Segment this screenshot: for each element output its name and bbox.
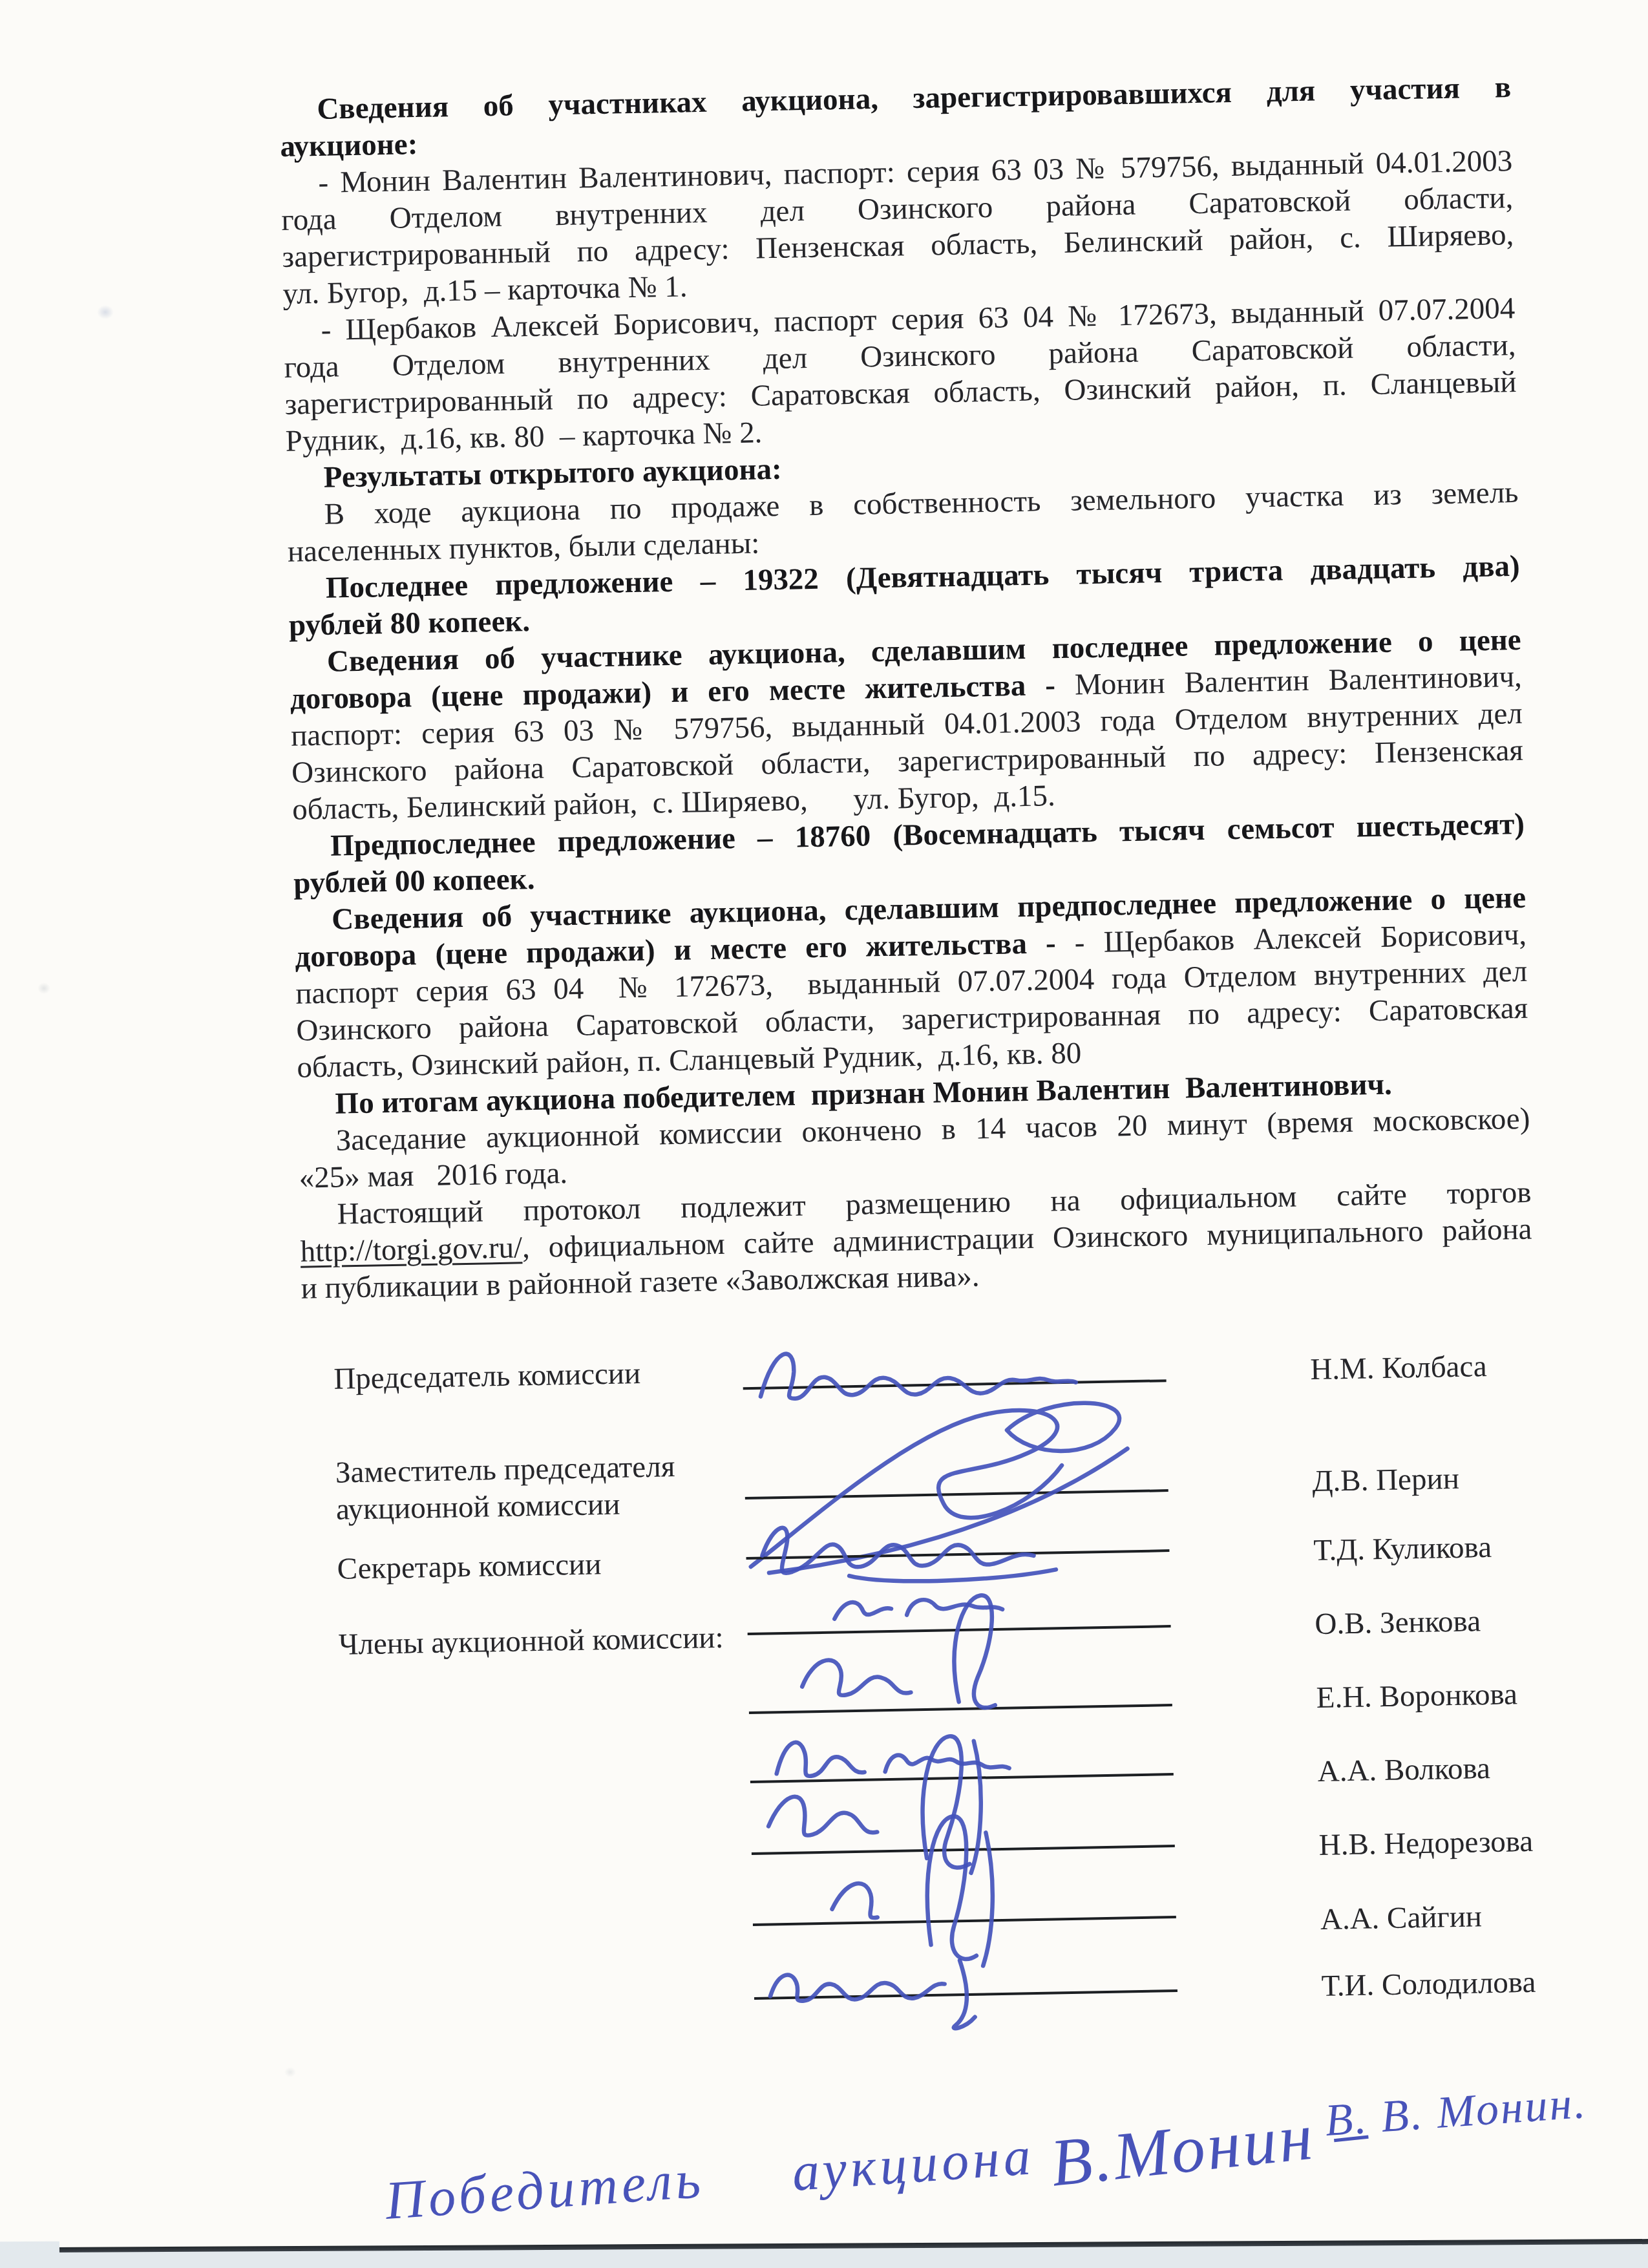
committee-role-label: Заместитель председателяаукционной комис… xyxy=(335,1448,676,1529)
doc-text-run: http://torgi.gov.ru/ xyxy=(300,1231,522,1268)
doc-text-run: рублей 00 копеек. xyxy=(293,862,535,900)
committee-member-name: Т.И. Солодилова xyxy=(1321,1965,1536,2004)
committee-role-label-line: Секретарь комиссии xyxy=(337,1546,602,1587)
ink-signature xyxy=(751,1499,1088,1589)
committee-member-name: А.А. Волкова xyxy=(1317,1751,1490,1789)
doc-text-run: Монин Валентин Валентинович, xyxy=(1055,660,1523,702)
committee-member-name: Т.Д. Куликова xyxy=(1313,1530,1492,1568)
doc-text-run: Рудник, д.16, кв. 80 – карточка № 2. xyxy=(285,416,763,458)
signature-section: Председатель комиссииН.М. КолбасаЗамести… xyxy=(302,1309,1547,2101)
printed-content: Сведения об участниках аукциона, зарегис… xyxy=(0,0,1648,2268)
scan-speck xyxy=(284,2067,296,2077)
doc-text-run: ул. Бугор, д.15 – карточка № 1. xyxy=(282,270,688,310)
doc-text-run: Результаты открытого аукциона: xyxy=(323,452,782,494)
scanner-background-corner xyxy=(0,2242,59,2268)
committee-member-name: Д.В. Перин xyxy=(1312,1461,1459,1499)
committee-role-label-line: Заместитель председателя xyxy=(335,1448,675,1492)
doc-text-run: - Щербаков Алексей Борисович, xyxy=(1055,918,1527,960)
committee-role-label: Председатель комиссии xyxy=(333,1355,641,1398)
committee-member-name: А.А. Сайгин xyxy=(1320,1899,1482,1937)
scanned-protocol-page: { "page": { "background_color": "#e3e9ed… xyxy=(0,0,1648,2268)
committee-member-name: Н.В. Недорезова xyxy=(1318,1824,1533,1863)
committee-member-name: О.В. Зенкова xyxy=(1315,1604,1481,1642)
scan-speck xyxy=(97,305,114,319)
doc-text-run: аукционе: xyxy=(280,127,418,164)
committee-role-label: Члены аукционной комиссии: xyxy=(338,1620,724,1664)
committee-role-label: Секретарь комиссии xyxy=(337,1546,602,1587)
committee-role-label-line: аукционной комиссии xyxy=(336,1485,676,1529)
doc-text-run: «25» мая 2016 года. xyxy=(299,1156,567,1195)
committee-role-label-line: Члены аукционной комиссии: xyxy=(338,1620,724,1664)
committee-member-name: Е.Н. Воронкова xyxy=(1316,1677,1517,1715)
committee-role-label-line: Председатель комиссии xyxy=(333,1355,641,1398)
ink-signature xyxy=(759,1936,1070,2033)
doc-text-run: населенных пунктов, были сделаны: xyxy=(287,526,759,568)
document-text: Сведения об участниках аукциона, зарегис… xyxy=(279,69,1533,1308)
committee-member-name: Н.М. Колбаса xyxy=(1310,1349,1487,1387)
doc-text-run: рублей 80 копеек. xyxy=(289,604,531,642)
scan-speck xyxy=(37,982,50,994)
